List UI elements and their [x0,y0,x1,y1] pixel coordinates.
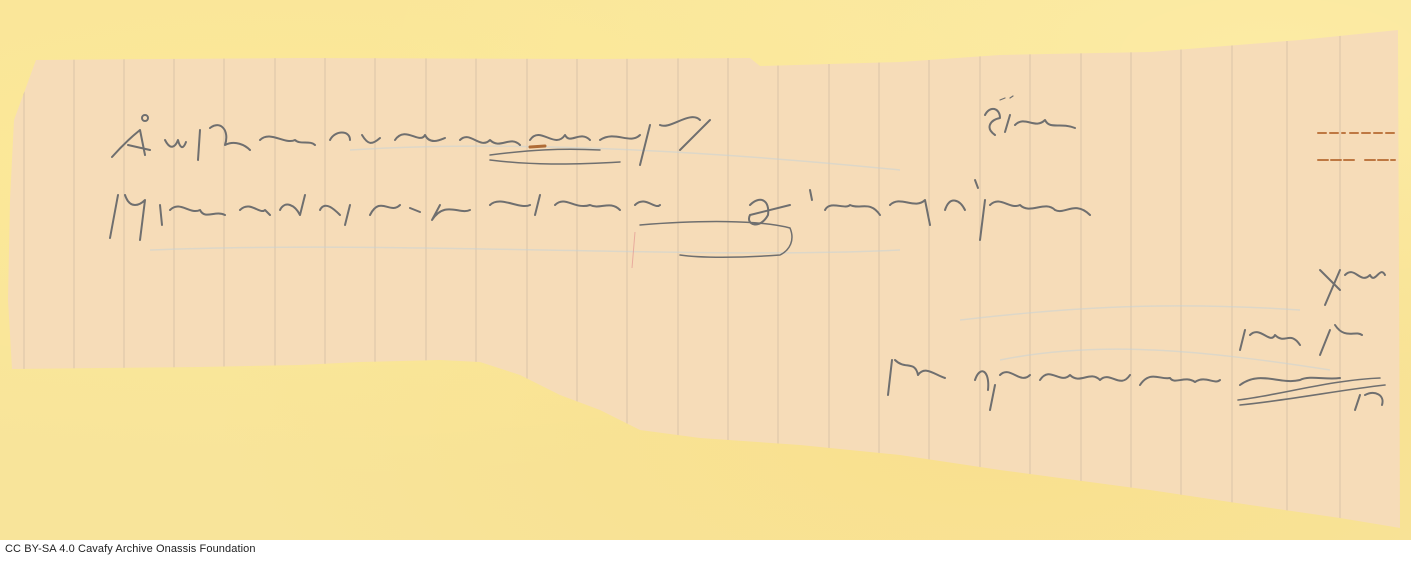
credit-caption: CC BY-SA 4.0 Cavafy Archive Onassis Foun… [5,543,256,555]
manuscript-paper [0,0,1411,540]
